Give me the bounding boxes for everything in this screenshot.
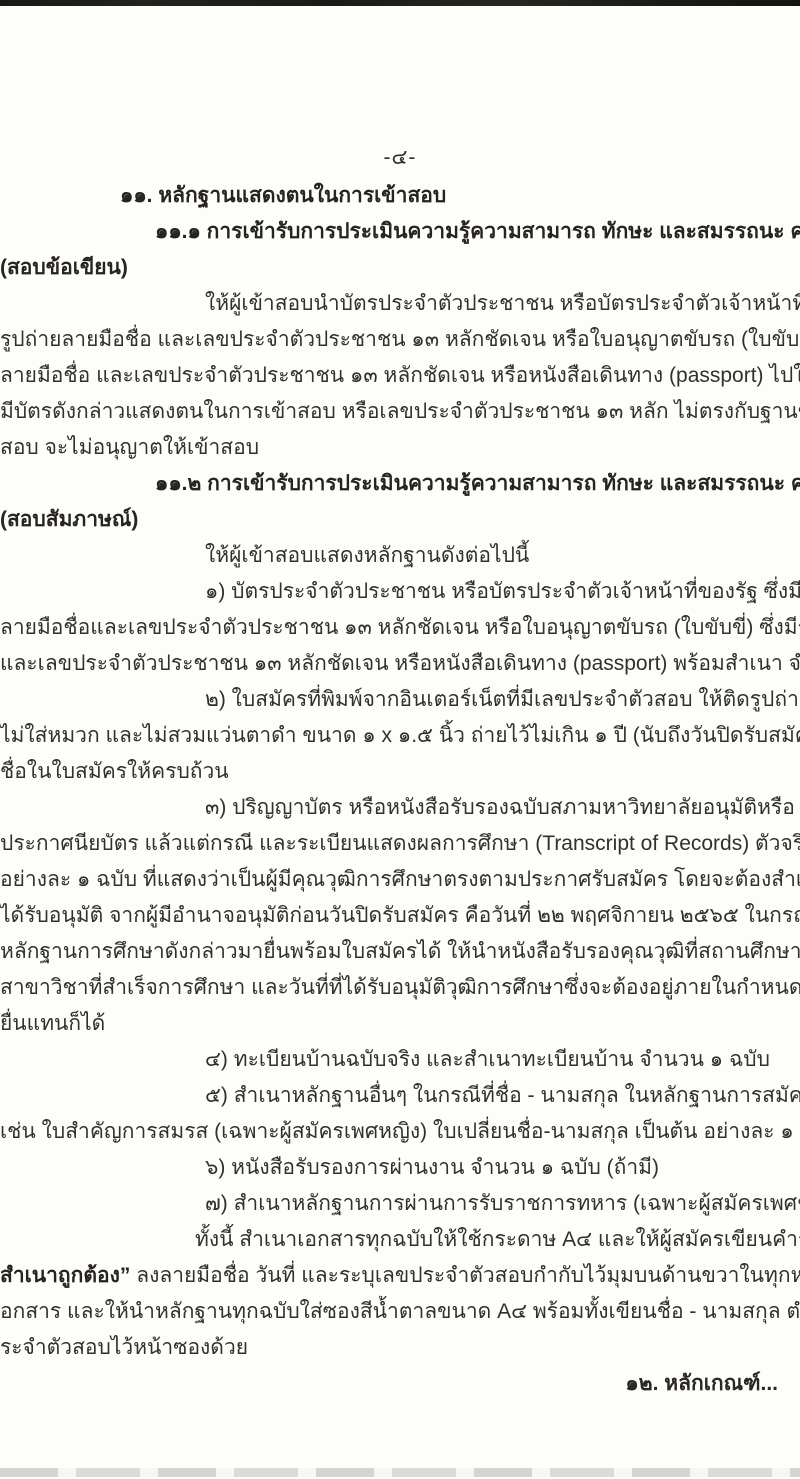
para-11-1-line-5: สอบ จะไม่อนุญาตให้เข้าสอบ bbox=[0, 430, 800, 466]
para-11-1-line-2: รูปถ่ายลายมือชื่อ และเลขประจำตัวประชาชน … bbox=[0, 322, 800, 358]
scan-edge-bottom bbox=[0, 1468, 800, 1477]
text-segment: ไม่ใส่หมวก และไม่สวมแว่นตาดำ ขนาด ๑ x ๑.… bbox=[0, 724, 800, 747]
item-1-line-2: ลายมือชื่อและเลขประจำตัวประชาชน ๑๓ หลักช… bbox=[0, 610, 800, 646]
bold-text-segment: สำเนาถูกต้อง” bbox=[0, 1264, 136, 1287]
text-segment: อย่างละ ๑ ฉบับ ที่แสดงว่าเป็นผู้มีคุณวุฒ… bbox=[0, 868, 800, 891]
text-segment: ยื่นแทนก็ได้ bbox=[0, 1012, 105, 1035]
item-3-line-7: ยื่นแทนก็ได้ bbox=[0, 1006, 800, 1042]
text-segment: ทั้งนี้ สำเนาเอกสารทุกฉบับให้ใช้กระดาษ A… bbox=[195, 1228, 800, 1251]
text-segment: ลงลายมือชื่อ วันที่ และระบุเลขประจำตัวสอ… bbox=[136, 1264, 800, 1287]
item-5-line-2: เช่น ใบสำคัญการสมรส (เฉพาะผู้สมัครเพศหญิ… bbox=[0, 1114, 800, 1150]
continuation-note: ๑๒. หลักเกณฑ์... bbox=[625, 1366, 778, 1402]
scanned-document-page: -๔- ๑๑. หลักฐานแสดงตนในการเข้าสอบ๑๑.๑ กา… bbox=[0, 0, 800, 1479]
text-segment: หลักฐานการศึกษาดังกล่าวมายื่นพร้อมใบสมัค… bbox=[0, 940, 800, 963]
bold-text-segment: (สอบข้อเขียน) bbox=[0, 256, 128, 279]
bold-text-segment: ๑๑.๒ การเข้ารับการประเมินความรู้ความสามา… bbox=[155, 472, 800, 495]
text-segment: ให้ผู้เข้าสอบนำบัตรประจำตัวประชาชน หรือบ… bbox=[205, 292, 800, 315]
text-segment: สอบ จะไม่อนุญาตให้เข้าสอบ bbox=[0, 436, 259, 459]
item-3-line-5: หลักฐานการศึกษาดังกล่าวมายื่นพร้อมใบสมัค… bbox=[0, 934, 800, 970]
text-segment: สาขาวิชาที่สำเร็จการศึกษา และวันที่ที่ได… bbox=[0, 976, 800, 999]
item-1-line-3: และเลขประจำตัวประชาชน ๑๓ หลักชัดเจน หรือ… bbox=[0, 646, 800, 682]
text-segment: ๔) ทะเบียนบ้านฉบับจริง และสำเนาทะเบียนบ้… bbox=[205, 1048, 770, 1071]
page-number: -๔- bbox=[0, 140, 800, 176]
text-segment: ชื่อในใบสมัครให้ครบถ้วน bbox=[0, 760, 229, 783]
section-11-2-heading: ๑๑.๒ การเข้ารับการประเมินความรู้ความสามา… bbox=[0, 466, 800, 502]
text-segment: ๑) บัตรประจำตัวประชาชน หรือบัตรประจำตัวเ… bbox=[205, 580, 800, 603]
text-segment: ๗) สำเนาหลักฐานการผ่านการรับราชการทหาร (… bbox=[205, 1192, 800, 1215]
text-segment: และเลขประจำตัวประชาชน ๑๓ หลักชัดเจน หรือ… bbox=[0, 652, 800, 675]
text-segment: ลายมือชื่อและเลขประจำตัวประชาชน ๑๓ หลักช… bbox=[0, 616, 800, 639]
text-segment: ระจำตัวสอบไว้หน้าซองด้วย bbox=[0, 1336, 248, 1359]
section-11-heading: ๑๑. หลักฐานแสดงตนในการเข้าสอบ bbox=[0, 178, 800, 214]
text-segment: มีบัตรดังกล่าวแสดงตนในการเข้าสอบ หรือเลข… bbox=[0, 400, 800, 423]
item-7-line-1: ๗) สำเนาหลักฐานการผ่านการรับราชการทหาร (… bbox=[0, 1186, 800, 1222]
text-segment: ได้รับอนุมัติ จากผู้มีอำนาจอนุมัติก่อนวั… bbox=[0, 904, 800, 927]
para-11-1-line-3: ลายมือชื่อ และเลขประจำตัวประชาชน ๑๓ หลัก… bbox=[0, 358, 800, 394]
para-11-1-line-1: ให้ผู้เข้าสอบนำบัตรประจำตัวประชาชน หรือบ… bbox=[0, 286, 800, 322]
closing-note-line-1: ทั้งนี้ สำเนาเอกสารทุกฉบับให้ใช้กระดาษ A… bbox=[0, 1222, 800, 1258]
document-body: ๑๑. หลักฐานแสดงตนในการเข้าสอบ๑๑.๑ การเข้… bbox=[0, 178, 800, 1366]
item-1-line-1: ๑) บัตรประจำตัวประชาชน หรือบัตรประจำตัวเ… bbox=[0, 574, 800, 610]
item-4-line-1: ๔) ทะเบียนบ้านฉบับจริง และสำเนาทะเบียนบ้… bbox=[0, 1042, 800, 1078]
para-11-1-line-4: มีบัตรดังกล่าวแสดงตนในการเข้าสอบ หรือเลข… bbox=[0, 394, 800, 430]
item-2-line-2: ไม่ใส่หมวก และไม่สวมแว่นตาดำ ขนาด ๑ x ๑.… bbox=[0, 718, 800, 754]
item-3-line-4: ได้รับอนุมัติ จากผู้มีอำนาจอนุมัติก่อนวั… bbox=[0, 898, 800, 934]
text-segment: ๖) หนังสือรับรองการผ่านงาน จำนวน ๑ ฉบับ … bbox=[205, 1156, 659, 1179]
text-segment: ลายมือชื่อ และเลขประจำตัวประชาชน ๑๓ หลัก… bbox=[0, 364, 800, 387]
para-11-2-intro: ให้ผู้เข้าสอบแสดงหลักฐานดังต่อไปนี้ bbox=[0, 538, 800, 574]
section-11-1-heading: ๑๑.๑ การเข้ารับการประเมินความรู้ความสามา… bbox=[0, 214, 800, 250]
text-segment: ๒) ใบสมัครที่พิมพ์จากอินเตอร์เน็ตที่มีเล… bbox=[205, 688, 800, 711]
text-segment: ประกาศนียบัตร แล้วแต่กรณี และระเบียนแสดง… bbox=[0, 832, 800, 855]
bold-text-segment: ๑๑.๑ การเข้ารับการประเมินความรู้ความสามา… bbox=[155, 220, 800, 243]
item-2-line-1: ๒) ใบสมัครที่พิมพ์จากอินเตอร์เน็ตที่มีเล… bbox=[0, 682, 800, 718]
text-segment: ๕) สำเนาหลักฐานอื่นๆ ในกรณีที่ชื่อ - นาม… bbox=[205, 1084, 800, 1107]
text-segment: อกสาร และให้นำหลักฐานทุกฉบับใส่ซองสีน้ำต… bbox=[0, 1300, 800, 1323]
bold-text-segment: (สอบสัมภาษณ์) bbox=[0, 508, 138, 531]
text-segment: ให้ผู้เข้าสอบแสดงหลักฐานดังต่อไปนี้ bbox=[205, 544, 529, 567]
closing-note-line-3: อกสาร และให้นำหลักฐานทุกฉบับใส่ซองสีน้ำต… bbox=[0, 1294, 800, 1330]
closing-note-line-4: ระจำตัวสอบไว้หน้าซองด้วย bbox=[0, 1330, 800, 1366]
item-3-line-6: สาขาวิชาที่สำเร็จการศึกษา และวันที่ที่ได… bbox=[0, 970, 800, 1006]
text-segment: เช่น ใบสำคัญการสมรส (เฉพาะผู้สมัครเพศหญิ… bbox=[0, 1120, 800, 1143]
bold-text-segment: ๑๑. หลักฐานแสดงตนในการเข้าสอบ bbox=[120, 184, 446, 207]
item-6-line-1: ๖) หนังสือรับรองการผ่านงาน จำนวน ๑ ฉบับ … bbox=[0, 1150, 800, 1186]
text-segment: รูปถ่ายลายมือชื่อ และเลขประจำตัวประชาชน … bbox=[0, 328, 800, 351]
closing-note-line-2: สำเนาถูกต้อง” ลงลายมือชื่อ วันที่ และระบ… bbox=[0, 1258, 800, 1294]
interview-exam-label: (สอบสัมภาษณ์) bbox=[0, 502, 800, 538]
text-segment: ๓) ปริญญาบัตร หรือหนังสือรับรองฉบับสภามห… bbox=[205, 796, 795, 819]
item-5-line-1: ๕) สำเนาหลักฐานอื่นๆ ในกรณีที่ชื่อ - นาม… bbox=[0, 1078, 800, 1114]
item-3-line-3: อย่างละ ๑ ฉบับ ที่แสดงว่าเป็นผู้มีคุณวุฒ… bbox=[0, 862, 800, 898]
scan-edge-top bbox=[0, 0, 800, 6]
item-3-line-2: ประกาศนียบัตร แล้วแต่กรณี และระเบียนแสดง… bbox=[0, 826, 800, 862]
written-exam-label: (สอบข้อเขียน) bbox=[0, 250, 800, 286]
item-3-line-1: ๓) ปริญญาบัตร หรือหนังสือรับรองฉบับสภามห… bbox=[0, 790, 800, 826]
item-2-line-3: ชื่อในใบสมัครให้ครบถ้วน bbox=[0, 754, 800, 790]
